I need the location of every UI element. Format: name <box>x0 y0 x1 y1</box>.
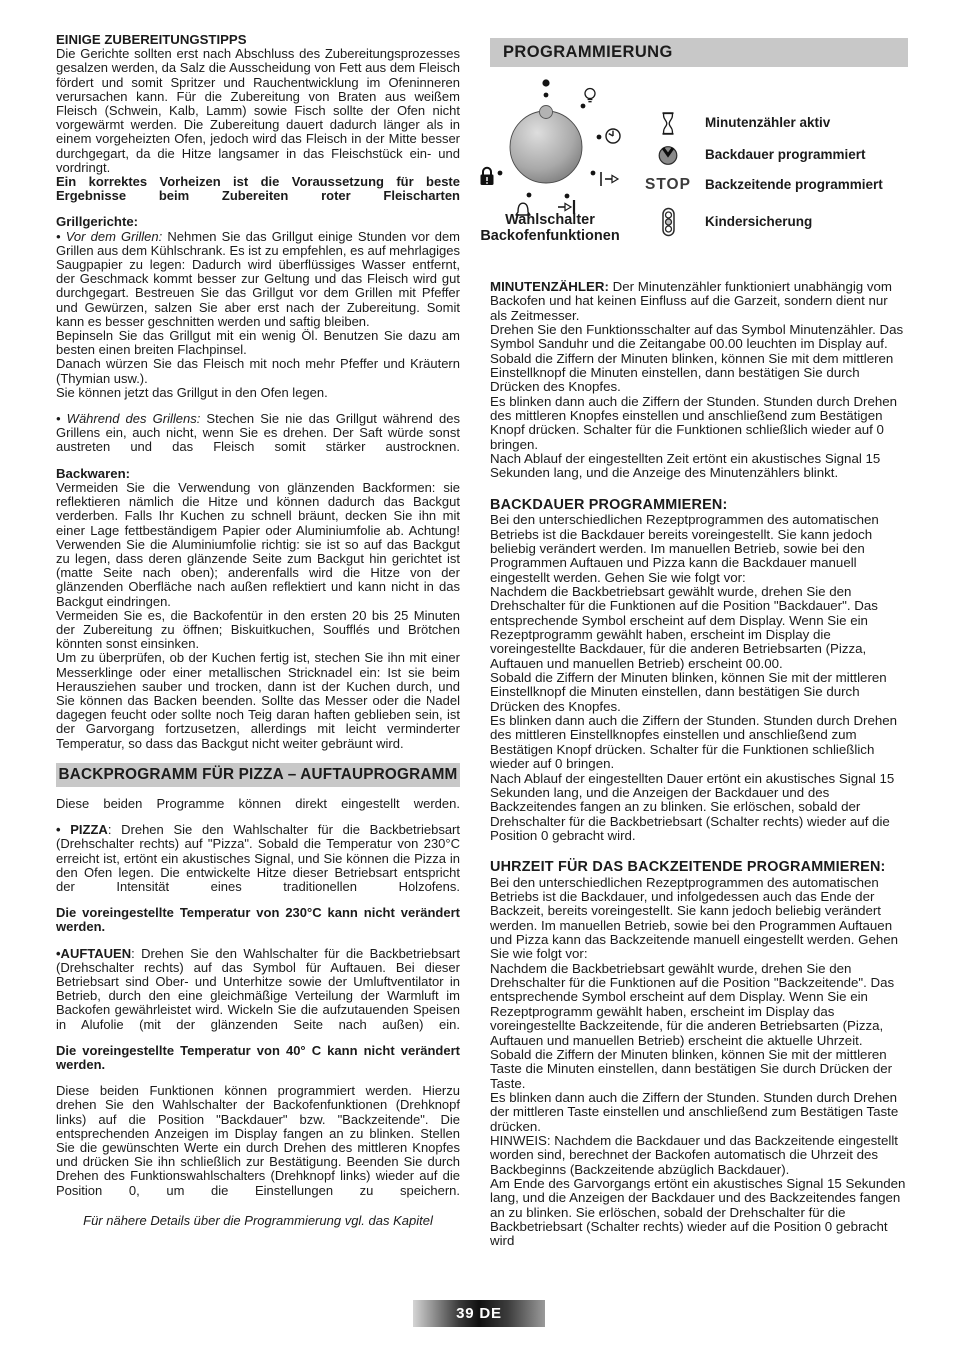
cook-end-paragraph-4: Es blinken dann auch die Ziffern der Stu… <box>490 1091 908 1134</box>
left-column: EINIGE ZUBEREITUNGSTIPPS Die Gerichte so… <box>56 33 460 1228</box>
bakeware-paragraph-2: Vermeiden Sie es, die Backofentür in den… <box>56 609 460 652</box>
defrost-lead: •AUFTAUEN <box>56 946 131 961</box>
cook-end-paragraph-2: Nachdem die Backbetriebsart gewählt wurd… <box>490 962 908 1048</box>
spacer <box>56 1032 460 1044</box>
grill-before-paragraph: • Vor dem Grillen: Nehmen Sie das Grillg… <box>56 230 460 329</box>
grill-paragraph-3: Danach würzen Sie das Fleisch mit noch m… <box>56 357 460 385</box>
page-number-badge: 39 DE <box>413 1300 545 1327</box>
legend-row-cook-duration: Backdauer programmiert <box>642 140 866 170</box>
grill-during-paragraph: • Während des Grillens: Stechen Sie nie … <box>56 412 460 455</box>
tips-paragraph: Die Gerichte sollten erst nach Abschluss… <box>56 47 460 175</box>
legend-row-cook-end: STOP Backzeitende programmiert <box>642 170 883 200</box>
pizza-temp-note: Die voreingestellte Temperatur von 230°C… <box>56 906 460 934</box>
cook-end-paragraph-1: Bei den unterschiedlichen Rezeptprogramm… <box>490 876 908 962</box>
pizza-defrost-header-bar: BACKPROGRAMM FÜR PIZZA – AUFTAUPROGRAMM <box>56 763 460 787</box>
clock-icon <box>606 129 620 143</box>
stop-icon: STOP <box>642 178 694 192</box>
spacer <box>490 843 908 860</box>
cook-duration-paragraph-2: Nachdem die Backbetriebsart gewählt wurd… <box>490 585 908 671</box>
legend-row-child-lock: Kindersicherung <box>642 206 812 238</box>
cook-duration-paragraph-1: Bei den unterschiedlichen Rezeptprogramm… <box>490 513 908 585</box>
grill-paragraph-2: Bepinseln Sie das Grillgut mit ein wenig… <box>56 329 460 357</box>
programming-header-bar: PROGRAMMIERUNG <box>490 38 908 67</box>
pizza-paragraph: • PIZZA: Drehen Sie den Wahlschalter für… <box>56 823 460 894</box>
dial-indicator <box>540 106 553 119</box>
spacer <box>56 751 460 763</box>
minute-timer-paragraph-2: Drehen Sie den Funktionsschalter auf das… <box>490 323 908 395</box>
oven-function-dial-diagram: Wahlschalter Backofenfunktionen Minutenz… <box>490 72 908 274</box>
page-number-label: 39 DE <box>456 1305 502 1322</box>
spacer <box>56 455 460 467</box>
cook-duration-icon <box>642 144 694 166</box>
cook-duration-paragraph-5: Nach Ablauf der eingestellten Dauer ertö… <box>490 772 908 844</box>
minute-timer-paragraph: MINUTENZÄHLER: Der Minutenzähler funktio… <box>490 280 908 323</box>
tips-section-title: EINIGE ZUBEREITUNGSTIPPS <box>56 33 460 47</box>
defrost-temp-note: Die voreingestellte Temperatur von 40° C… <box>56 1044 460 1072</box>
cook-duration-paragraph-4: Es blinken dann auch die Ziffern der Stu… <box>490 714 908 771</box>
cook-end-title: UHRZEIT FÜR DAS BACKZEITENDE PROGRAMMIER… <box>490 860 908 876</box>
grill-section-title: Grillgerichte: <box>56 215 460 229</box>
pizza-intro-line: Diese beiden Programme können direkt ein… <box>56 797 460 811</box>
grill-paragraph-4: Sie können jetzt das Grillgut in den Ofe… <box>56 386 460 400</box>
cook-end-paragraph-6: Am Ende des Garvorgangs ertönt ein akust… <box>490 1177 908 1249</box>
hourglass-icon <box>642 112 694 135</box>
lock-icon <box>481 168 494 185</box>
grill-during-lead: • Während des Grillens: <box>56 411 200 426</box>
child-lock-icon <box>642 207 694 237</box>
cook-end-paragraph-5: HINWEIS: Nachdem die Backdauer und das B… <box>490 1134 908 1177</box>
minute-timer-heading: MINUTENZÄHLER: <box>490 279 609 294</box>
cook-duration-paragraph-3: Sobald die Ziffern der Minuten blinken, … <box>490 671 908 714</box>
bakeware-paragraph-1: Vermeiden Sie die Verwendung von glänzen… <box>56 481 460 609</box>
dial-caption: Wahlschalter Backofenfunktionen <box>465 212 635 244</box>
bakeware-paragraph-3: Um zu überprüfen, ob der Kuchen fertig i… <box>56 651 460 750</box>
minute-timer-paragraph-4: Nach Ablauf der eingestellten Zeit ertön… <box>490 452 908 481</box>
bakeware-section-title: Backwaren: <box>56 467 460 481</box>
manual-page: EINIGE ZUBEREITUNGSTIPPS Die Gerichte so… <box>0 0 954 1351</box>
right-column: PROGRAMMIERUNG <box>490 38 908 1249</box>
cook-end-paragraph-3: Sobald die Ziffern der Minuten blinken, … <box>490 1048 908 1091</box>
grill-before-lead: • Vor dem Grillen: <box>56 229 162 244</box>
programming-paragraph: Diese beiden Funktionen können programmi… <box>56 1084 460 1198</box>
stop-text: STOP <box>645 178 691 192</box>
spacer <box>490 481 908 498</box>
cook-duration-title: BACKDAUER PROGRAMMIEREN: <box>490 498 908 514</box>
legend-label: Kindersicherung <box>705 215 812 229</box>
cook-end-icon <box>601 172 618 186</box>
minute-timer-paragraph-3: Es blinken dann auch die Ziffern der Stu… <box>490 395 908 452</box>
tips-bold-note: Ein korrektes Vorheizen ist die Vorausse… <box>56 175 460 203</box>
legend-row-minute-minder: Minutenzähler aktiv <box>642 108 830 138</box>
legend-label: Backzeitende programmiert <box>705 178 883 192</box>
detail-reference-note: Für nähere Details über die Programmieru… <box>56 1214 460 1228</box>
dial-knob <box>510 111 582 183</box>
dial-caption-line2: Backofenfunktionen <box>465 228 635 244</box>
legend-label: Backdauer programmiert <box>705 148 866 162</box>
dial-caption-line1: Wahlschalter <box>465 212 635 228</box>
pizza-lead: • PIZZA <box>56 822 108 837</box>
legend-label: Minutenzähler aktiv <box>705 116 830 130</box>
lamp-icon <box>585 89 595 102</box>
defrost-paragraph: •AUFTAUEN: Drehen Sie den Wahlschalter f… <box>56 947 460 1032</box>
